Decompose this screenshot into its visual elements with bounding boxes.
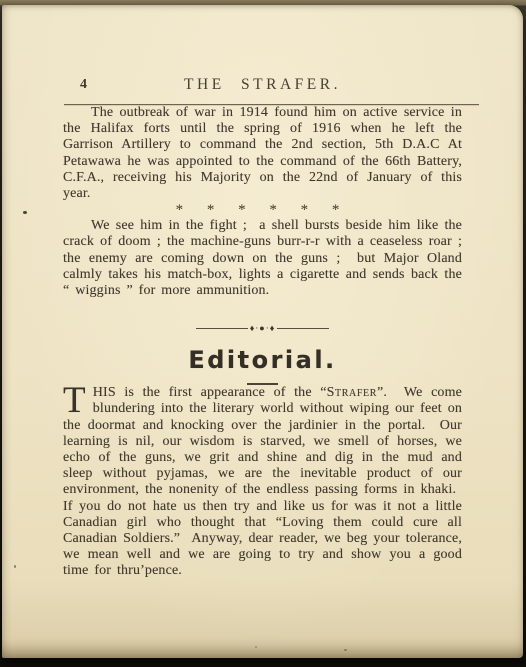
asterisk-separator: * * * * * *: [63, 203, 462, 218]
paragraph-service-history: The outbreak of war in 1914 found him on…: [63, 105, 462, 202]
paragraph-in-the-fight: We see him in the fight ; a shell bursts…: [63, 218, 462, 299]
paragraph-editorial: THIS is the first appearance of the “Str…: [63, 385, 462, 579]
paper-speck: [23, 211, 27, 214]
section-divider: ♦·●·♦: [63, 323, 462, 333]
divider-line-right: [277, 328, 329, 329]
paper-speck: [255, 646, 257, 648]
page-header: 4 THE STRAFER.: [63, 76, 462, 95]
editorial-body-text: ”. We come blundering into the literary …: [63, 385, 462, 578]
divider-ornament-icon: ♦·●·♦: [248, 324, 278, 333]
paper-speck: [344, 649, 347, 651]
divider-line-left: [196, 328, 248, 329]
dropcap-letter: T: [63, 385, 93, 415]
editorial-heading: Editorial.: [63, 346, 462, 374]
book-page: 4 THE STRAFER. The outbreak of war in 19…: [2, 5, 523, 658]
page-number: 4: [80, 77, 88, 93]
page-title: THE STRAFER.: [184, 76, 341, 93]
strafer-smallcaps: Strafer: [327, 385, 377, 400]
paper-speck: [14, 565, 16, 568]
editorial-lead-text: HIS is the first appearance of the “: [93, 385, 327, 400]
